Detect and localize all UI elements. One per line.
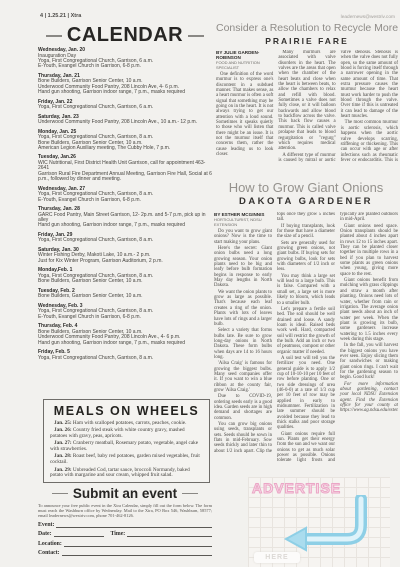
page-edition: 4 | 1.25.21 | Xtra	[40, 13, 81, 19]
calendar-entry: Wednesday, Feb. 3 Yoga, First Congregati…	[38, 304, 212, 320]
calendar-event: American Legion Auxiliary meeting, The C…	[38, 146, 212, 151]
contact-label: Contact:	[38, 550, 60, 556]
calendar-event: Yoga, First Congregational Church, Garri…	[38, 238, 212, 243]
submit-title: Submit an event	[73, 486, 177, 501]
calendar-entry: Monday,Feb. 1 Yoga, First Congregational…	[38, 268, 212, 284]
calendar-event: E-Youth, Evangel Church in Garrison, 6-8…	[38, 64, 212, 69]
article-paragraph: In the fall, you will harvest the bigges…	[340, 343, 398, 380]
meal-menu: Ham with scalloped potatoes, carrots, pe…	[73, 420, 187, 426]
calendar-event: Hand gun shooting, Garrison indoor range…	[38, 90, 212, 95]
calendar-event: Hand gun shooting, Garrison indoor range…	[38, 223, 212, 228]
article-headline: How to Grow Giant Onions	[214, 180, 398, 195]
calendar-section: CALENDAR Wednesday, Jan. 20 Inauguration…	[38, 24, 212, 365]
column-name: DAKOTA GARDENER	[214, 196, 398, 207]
column-name: PRAIRIE FARE	[216, 36, 398, 46]
article-headline: Consider a Resolution to Recycle More Of…	[216, 22, 398, 34]
calendar-items: Yoga, First Congregational Church, Garri…	[38, 192, 212, 203]
article-paragraph: Sets are generally used for growing gree…	[277, 241, 335, 273]
meal-menu: Cranberry meatball, Rosemary potato, veg…	[50, 440, 198, 452]
divider	[182, 493, 198, 495]
calendar-entry: Wednesday, Jan. 20 Inauguration Day Yoga…	[38, 48, 212, 70]
time-label: Time:	[111, 531, 126, 537]
calendar-event: Underwood Community Food Pantry, 208 Lin…	[38, 120, 212, 125]
article-body: BY JULIE GARDEN-ROBINSON FOOD AND NUTRIT…	[216, 50, 398, 168]
article-paragraph: Let's prepare a fertile soil bed. The so…	[277, 307, 335, 355]
calendar-items: Yoga, First Congregational Church, Garri…	[38, 356, 212, 361]
article-paragraph: You may think a large set will lead to a…	[277, 274, 335, 306]
calendar-entry: Thursday, Jan. 28 GARC Food Pantry, Main…	[38, 207, 212, 229]
divider	[46, 35, 62, 37]
neon-arrow-icon	[276, 495, 376, 553]
meals-title: MEALS ON WHEELS	[50, 404, 203, 418]
article-paragraph: We want the onion plants to grow as larg…	[214, 290, 272, 327]
contact-email: leadernews@westriv.com	[341, 15, 395, 20]
byline: BY JULIE GARDEN-ROBINSON FOOD AND NUTRIT…	[216, 50, 273, 70]
calendar-event: Bone Builders, Garrison Senior Center, 1…	[38, 294, 212, 299]
date-field	[54, 531, 104, 537]
calendar-items: Yoga, First Congregational Church, Garri…	[38, 274, 212, 285]
article-paragraph: Giant onions benefit from mulching with …	[340, 278, 398, 342]
calendar-items: Yoga, First Congregational Church, Garri…	[38, 135, 212, 151]
meals-list: Jan. 25: Ham with scalloped potatoes, ca…	[50, 421, 203, 479]
calendar-items: Yoga, First Congregational Church, Garri…	[38, 105, 212, 110]
dakota-gardener-article: How to Grow Giant Onions DAKOTA GARDENER…	[214, 180, 398, 464]
divider	[188, 35, 204, 37]
calendar-items: Yoga, First Congregational Church, Garri…	[38, 238, 212, 243]
calendar-event: Hand gun shooting, Garrison indoor range…	[38, 341, 212, 346]
ad-text-here: HERE	[254, 552, 300, 563]
calendar-entry: Monday, Jan. 25 Yoga, First Congregation…	[38, 130, 212, 152]
calendar-title-row: CALENDAR	[38, 24, 212, 48]
meal-entry: Jan. 27: Cranberry meatball, Rosemary po…	[50, 441, 203, 453]
article-paragraph: Select a variety that forms bulbs late. …	[214, 328, 272, 360]
calendar-entry: Saturday, Jan. 23 Underwood Community Fo…	[38, 115, 212, 126]
calendar-items: WIC Nutritional, First District Health U…	[38, 161, 212, 183]
ad-text-advertise: ADVERTISE	[252, 480, 341, 496]
meals-on-wheels-box: MEALS ON WHEELS Jan. 25: Ham with scallo…	[43, 399, 210, 483]
divider	[52, 493, 68, 495]
form-row-contact: Contact:	[38, 550, 212, 556]
calendar-event: E-Youth, Evangel Church in Garrison, 6-8…	[38, 198, 212, 203]
byline-author: BY JULIE GARDEN-ROBINSON	[216, 50, 259, 60]
calendar-event: Bone Builders, Garrison Senior Center, 1…	[38, 279, 212, 284]
calendar-event: Yoga, First Congregational Church, Garri…	[38, 105, 212, 110]
byline-title: HORTICULTURIST, NDSU EXTENSION	[214, 217, 272, 227]
calendar-items: Underwood Community Food Pantry, 208 Lin…	[38, 120, 212, 125]
calendar-items: Winter Fishing Derby, Makoti Lake, 10 a.…	[38, 253, 212, 264]
event-label: Event:	[38, 522, 54, 528]
calendar-entry: Friday, Feb. 5 Yoga, First Congregationa…	[38, 350, 212, 361]
article-paragraph: One definition of the word murmur is to …	[216, 72, 273, 158]
submit-title-row: Submit an event	[38, 486, 212, 501]
calendar-title: CALENDAR	[67, 24, 183, 47]
calendar-event: E-Youth, Evangel Church in Garrison, 6-8…	[38, 315, 212, 320]
calendar-entry: Friday, Jan. 29 Yoga, First Congregation…	[38, 233, 212, 244]
meal-entry: Jan. 28: Roast beef, baby red potatoes, …	[50, 454, 203, 466]
calendar-event: Yoga, First Congregational Church, Garri…	[38, 356, 212, 361]
calendar-entry: Wednesday, Jan. 27 Yoga, First Congregat…	[38, 187, 212, 203]
calendar-items: Inauguration Day Yoga, First Congregatio…	[38, 54, 212, 70]
meal-entry: Jan. 26: Country fried steak with white …	[50, 428, 203, 440]
calendar-event: Garrison Rural Fire Department Annual Me…	[38, 172, 212, 183]
submit-intro: To announce your free public event in th…	[38, 503, 212, 518]
form-row-date-time: Date: Time:	[38, 531, 212, 537]
article-paragraph: Here's the secret: Giant onion bulbs nee…	[214, 246, 272, 289]
contact-field	[62, 550, 212, 556]
byline: BY ESTHER MCGINNIS HORTICULTURIST, NDSU …	[214, 212, 272, 227]
location-label: Location:	[38, 541, 62, 547]
calendar-items: Bone Builders, Garrison Senior Center, 1…	[38, 294, 212, 299]
article-paragraphs: Do you want to grow giant onions? Now is…	[214, 212, 398, 464]
time-field	[127, 531, 212, 537]
calendar-items: Bone Builders, Garrison Senior Center, 1…	[38, 330, 212, 346]
calendar-entry: Thursday, Jan. 21 Bone Builders, Garriso…	[38, 74, 212, 96]
article-paragraph: For more information about gardening, co…	[340, 382, 398, 414]
calendar-event: Just for Kix Winter Program, Garrison Au…	[38, 259, 212, 264]
date-label: Date:	[38, 531, 52, 537]
article-body: BY ESTHER MCGINNIS HORTICULTURIST, NDSU …	[214, 212, 398, 464]
newspaper-page: 4 | 1.25.21 | Xtra leadernews@westriv.co…	[0, 0, 400, 567]
calendar-list: Wednesday, Jan. 20 Inauguration Day Yoga…	[38, 48, 212, 361]
calendar-entry: Tuesday, Feb. 2 Bone Builders, Garrison …	[38, 289, 212, 300]
calendar-entry: Thursday, Feb. 4 Bone Builders, Garrison…	[38, 324, 212, 346]
prairie-fare-article: Consider a Resolution to Recycle More Of…	[216, 22, 398, 168]
article-paragraph: If buying transplants, look for those th…	[277, 224, 335, 240]
meal-entry: Jan. 29: Unbreaded Cod, tartar sauce, br…	[50, 468, 203, 480]
calendar-items: GARC Food Pantry, Main Street Garrison, …	[38, 213, 212, 229]
meal-entry: Jan. 25: Ham with scalloped potatoes, ca…	[50, 421, 203, 427]
calendar-items: Bone Builders, Garrison Senior Center, 1…	[38, 79, 212, 95]
meal-menu: Roast beef, baby red potatoes, garden mi…	[50, 453, 200, 465]
calendar-entry: Saturday, Jan. 30 Winter Fishing Derby, …	[38, 248, 212, 264]
article-paragraph: Giant onions need space. Onion transplan…	[340, 224, 398, 277]
byline-title: FOOD AND NUTRITION SPECIALIST	[216, 60, 273, 70]
event-field	[56, 522, 212, 528]
location-field	[64, 541, 212, 547]
meal-date: Jan. 25:	[54, 420, 72, 426]
form-row-event: Event:	[38, 522, 212, 528]
article-paragraph: 'Ailsa Craig' is famous for growing the …	[214, 361, 272, 393]
submit-event-section: Submit an event To announce your free pu…	[38, 486, 212, 556]
calendar-entry: Friday, Jan. 22 Yoga, First Congregation…	[38, 100, 212, 111]
article-paragraph: A soil test will tell you the fertilizer…	[277, 356, 335, 431]
article-paragraph: Due to COVID-19, ordering seeds early is…	[214, 394, 272, 421]
calendar-items: Yoga, First Congregational Church, Garri…	[38, 309, 212, 320]
advertise-here-ad: ADVERTISE HERE	[248, 477, 390, 567]
article-paragraph: Do you want to grow giant onions? Now is…	[214, 229, 272, 245]
article-paragraph: Many murmurs are associated with valve d…	[278, 50, 335, 152]
form-row-location: Location:	[38, 541, 212, 547]
calendar-entry: Tuesday, Jan.26 WIC Nutritional, First D…	[38, 155, 212, 182]
